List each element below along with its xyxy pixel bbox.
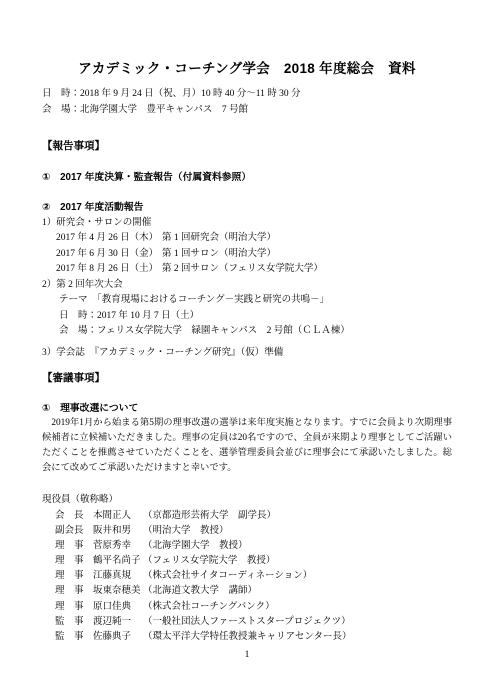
officer-affiliation: （北海道文教大学 講師） <box>143 584 257 599</box>
officer-affiliation: （環太平洋大学特任教授兼キャリアセンター長） <box>143 630 352 645</box>
annual-meeting-datetime: 日 時：2017 年 10 月 7 日（土） <box>42 309 452 325</box>
officer-row: 理 事鶴平名尚子（フェリス女学院大学 教授） <box>42 554 452 569</box>
board-election-title: ① 理事改選について <box>42 401 452 417</box>
annual-meeting-title: 2）第 2 回年次大会 <box>42 278 452 294</box>
event-date: 2017 年 4 月 26 日（木） <box>56 231 162 247</box>
officer-affiliation: （株式会社サイタコーディネーション） <box>143 569 312 584</box>
officer-row: 理 事原口佳典（株式会社コーチングバンク） <box>42 600 452 615</box>
officer-role: 理 事 <box>55 600 93 615</box>
journal-item: 3）学会誌 『アカデミック・コーチング研究』（仮）準備 <box>42 346 452 362</box>
event-label: 第 1 回研究会（明治大学） <box>162 233 276 243</box>
page-number: 1 <box>42 648 452 663</box>
report-item-activities: ② 2017 年度活動報告 <box>42 200 452 216</box>
event-label: 第 2 回サロン（フェリス女学院大学） <box>162 264 323 274</box>
officer-name: 鶴平名尚子 <box>93 554 143 569</box>
officer-role: 副会長 <box>55 524 93 539</box>
officer-role: 会 長 <box>55 509 93 524</box>
officer-role: 監 事 <box>55 615 93 630</box>
officer-role: 理 事 <box>55 539 93 554</box>
officer-affiliation: （京都造形芸術大学 副学長） <box>143 509 276 524</box>
officer-row: 会 長本間正人（京都造形芸術大学 副学長） <box>42 509 452 524</box>
event-label: 第 1 回サロン（明治大学） <box>162 249 276 259</box>
officer-name: 菅原秀幸 <box>93 539 143 554</box>
officer-row: 副会長阪井和男（明治大学 教授） <box>42 524 452 539</box>
event-row: 2017 年 6 月 30 日（金）第 1 回サロン（明治大学） <box>42 247 452 263</box>
event-row: 2017 年 8 月 26 日（土）第 2 回サロン（フェリス女学院大学） <box>42 262 452 278</box>
deliberation-section-heading: 【審議事項】 <box>42 371 452 387</box>
officer-affiliation: （明治大学 教授） <box>143 524 229 539</box>
officer-name: 阪井和男 <box>93 524 143 539</box>
officer-row: 理 事江藤真規（株式会社サイタコーディネーション） <box>42 569 452 584</box>
officer-name: 佐藤典子 <box>93 630 143 645</box>
event-date: 2017 年 6 月 30 日（金） <box>56 247 162 263</box>
event-date: 2017 年 8 月 26 日（土） <box>56 262 162 278</box>
officer-affiliation: （一般社団法人ファーストスタープロジェクツ） <box>143 615 351 630</box>
officer-row: 監 事渡辺純一（一般社団法人ファーストスタープロジェクツ） <box>42 615 452 630</box>
officer-affiliation: （北海学園大学 教授） <box>143 539 248 554</box>
officer-role: 理 事 <box>55 584 93 599</box>
officer-role: 監 事 <box>55 630 93 645</box>
event-row: 2017 年 4 月 26 日（木）第 1 回研究会（明治大学） <box>42 231 452 247</box>
officer-name: 江藤真規 <box>93 569 143 584</box>
document-page: アカデミック・コーチング学会 2018 年度総会 資料 日 時：2018 年 9… <box>0 0 494 700</box>
research-salon-title: 1）研究会・サロンの開催 <box>42 216 452 232</box>
officers-heading: 現役員（敬称略） <box>42 493 452 509</box>
officer-affiliation: （株式会社コーチングバンク） <box>143 600 275 615</box>
officer-affiliation: （フェリス女学院大学 教授） <box>143 554 275 569</box>
officer-role: 理 事 <box>55 554 93 569</box>
officer-name: 坂東奈穂美 <box>93 584 143 599</box>
annual-meeting-theme: テーマ 「教育現場におけるコーチング－実践と研究の共鳴－」 <box>42 293 452 309</box>
meeting-datetime-line: 日 時：2018 年 9 月 24 日（祝、月）10 時 40 分～11 時 3… <box>42 87 452 103</box>
officer-role: 理 事 <box>55 569 93 584</box>
officer-row: 理 事坂東奈穂美（北海道文教大学 講師） <box>42 584 452 599</box>
report-section-heading: 【報告事項】 <box>42 139 452 155</box>
officer-row: 理 事菅原秀幸（北海学園大学 教授） <box>42 539 452 554</box>
document-title: アカデミック・コーチング学会 2018 年度総会 資料 <box>42 60 452 78</box>
officer-row: 監 事佐藤典子（環太平洋大学特任教授兼キャリアセンター長） <box>42 630 452 645</box>
annual-meeting-venue: 会 場：フェリス女学院大学 緑園キャンパス 2 号館（ＣＬＡ棟） <box>42 324 452 340</box>
meeting-venue-line: 会 場：北海学園大学 豊平キャンパス 7 号館 <box>42 103 452 119</box>
officer-name: 原口佳典 <box>93 600 143 615</box>
report-item-settlement: ① 2017 年度決算・監査報告（付属資料参照） <box>42 170 452 186</box>
officer-name: 渡辺純一 <box>93 615 143 630</box>
board-election-paragraph: 2019年1月から始まる第5期の理事改選の選挙は来年度実施となります。すでに会員… <box>42 416 452 476</box>
officer-name: 本間正人 <box>93 509 143 524</box>
